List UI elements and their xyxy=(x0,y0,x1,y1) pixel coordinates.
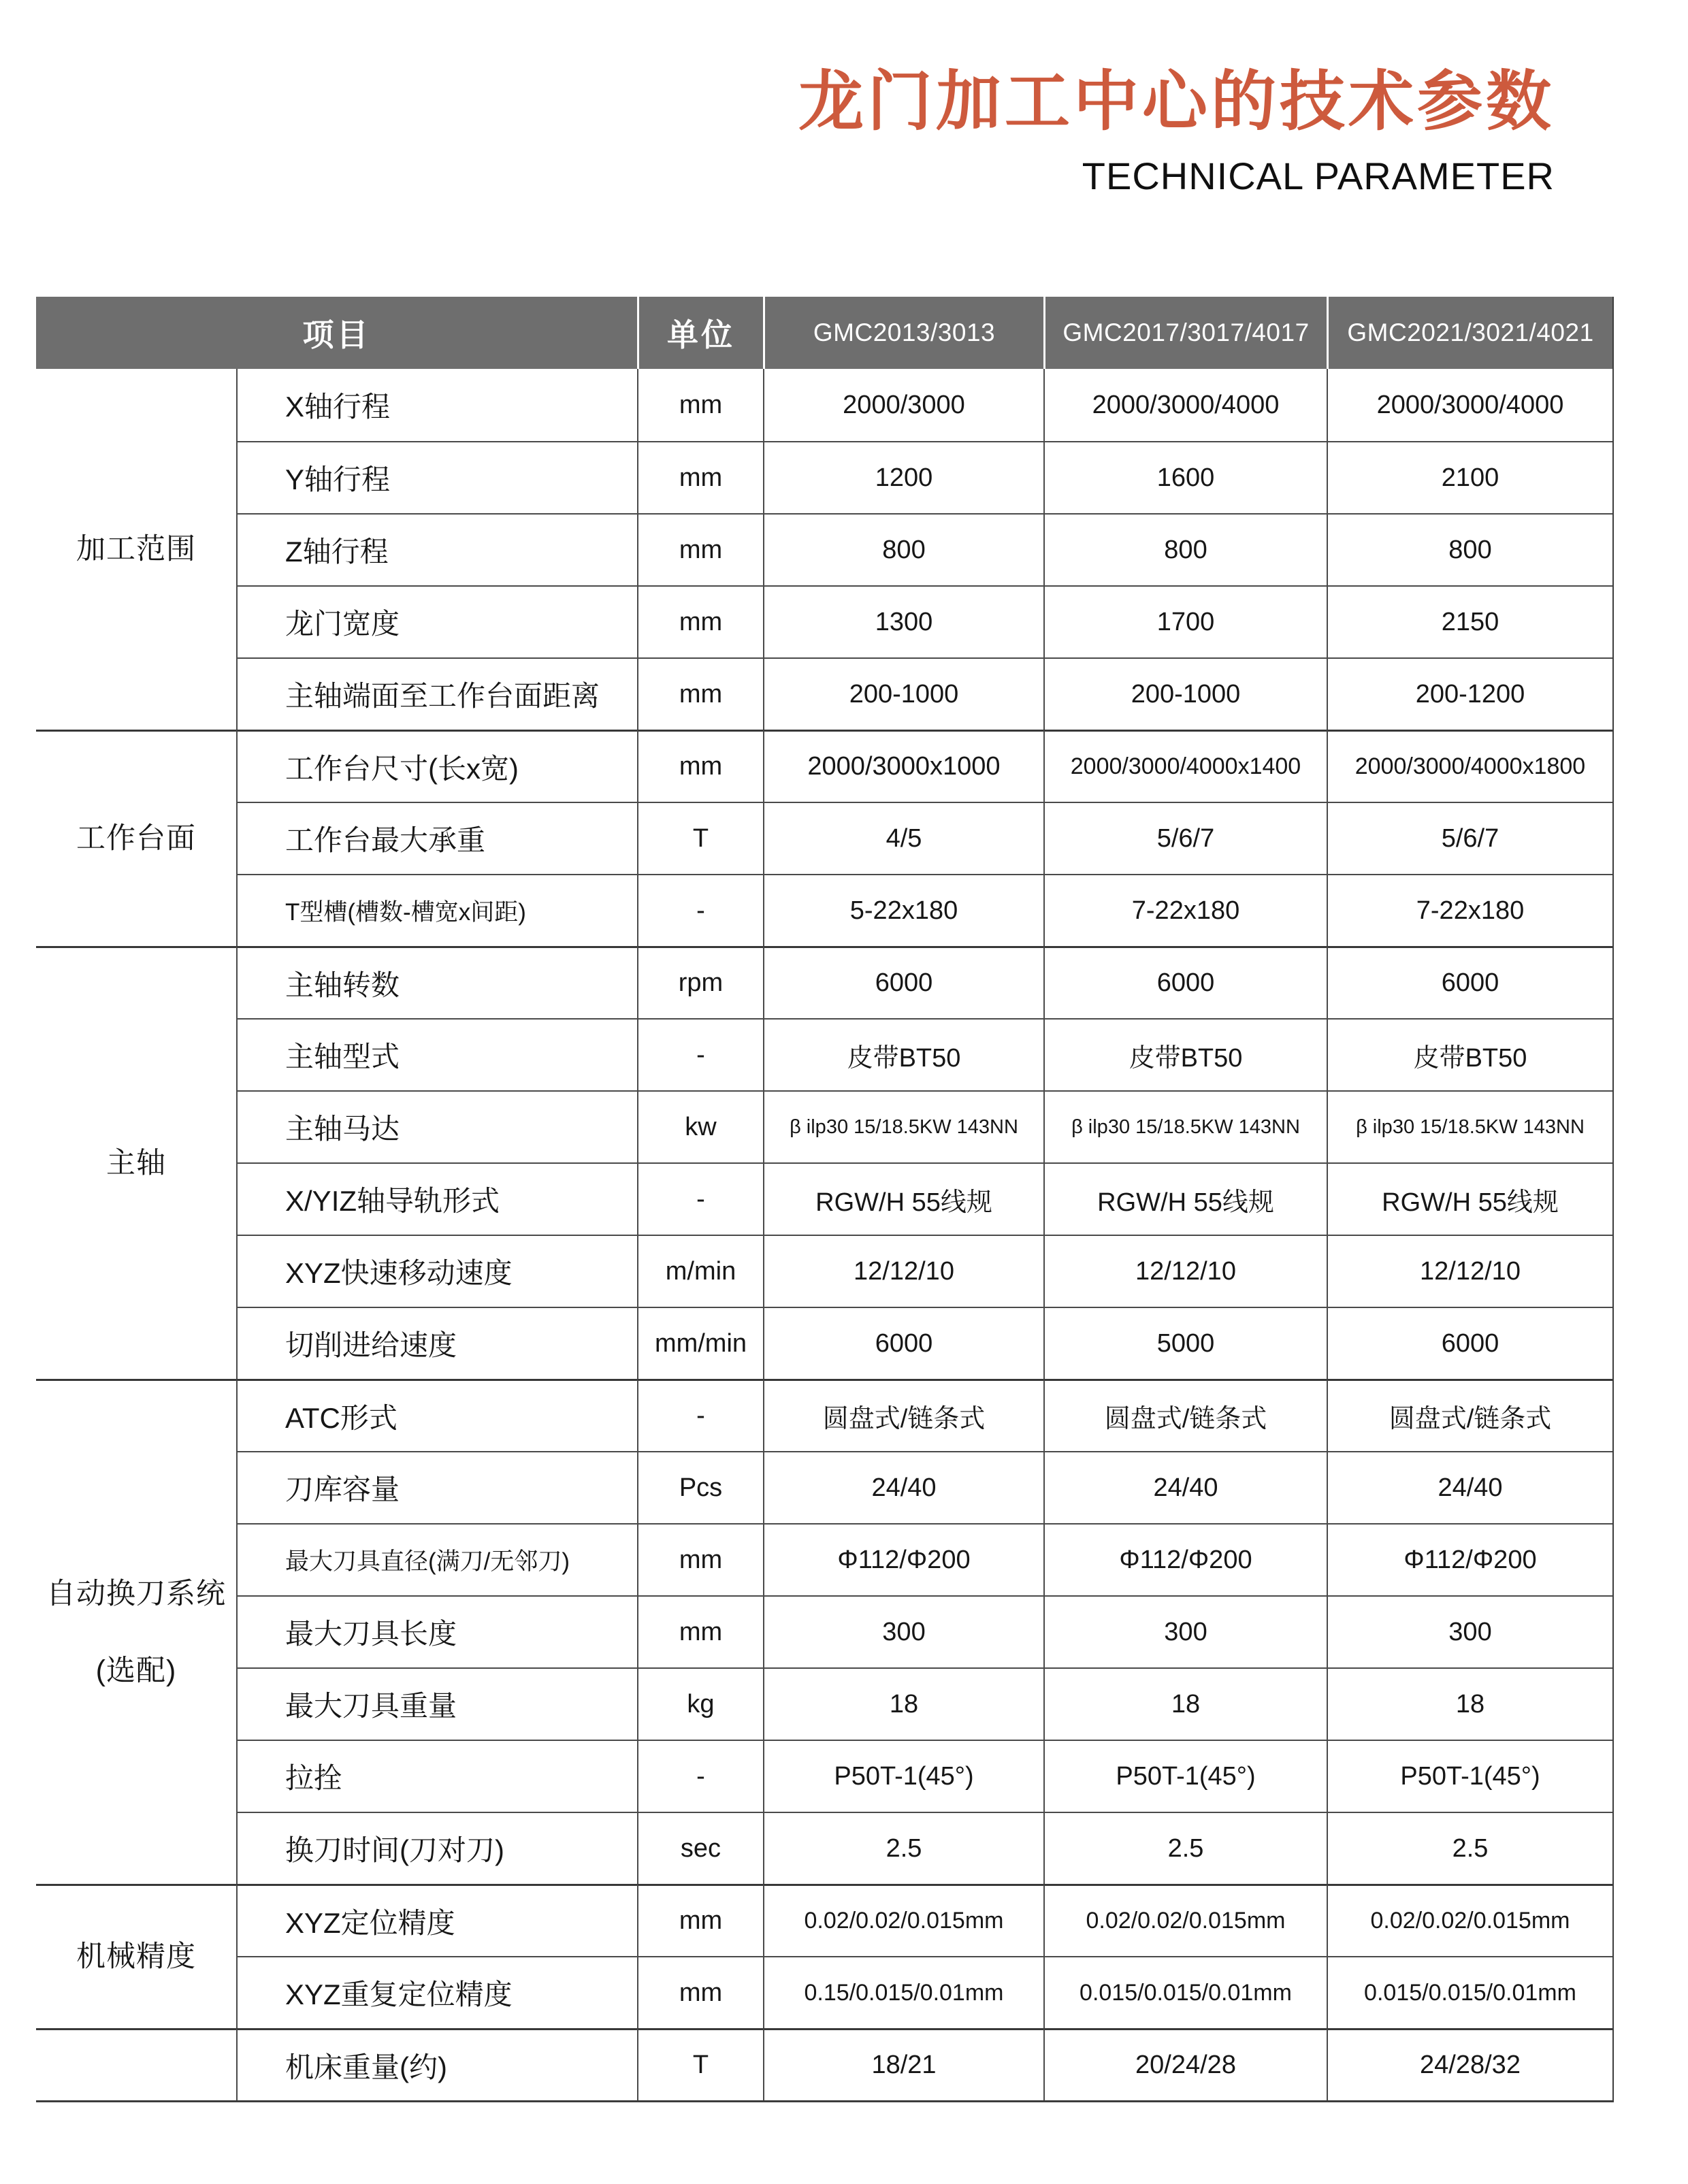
value-cell: 2100 xyxy=(1327,441,1612,513)
row-label: X轴行程 xyxy=(236,369,637,441)
value-cell: 200-1200 xyxy=(1327,657,1612,730)
row-label: ATC形式 xyxy=(236,1379,637,1451)
spec-table: 项目单位GMC2013/3013GMC2017/3017/4017GMC2021… xyxy=(36,297,1614,2102)
row-label: 主轴马达 xyxy=(236,1090,637,1162)
unit-cell: mm xyxy=(637,1595,763,1667)
unit-cell: mm xyxy=(637,369,763,441)
value-cell: 12/12/10 xyxy=(1043,1235,1327,1307)
value-cell: 6000 xyxy=(1327,1307,1612,1379)
section-label: 机械精度 xyxy=(36,1884,236,2028)
value-cell: 0.015/0.015/0.01mm xyxy=(1043,1956,1327,2028)
value-cell: 皮带BT50 xyxy=(763,1018,1043,1090)
row-label: 主轴型式 xyxy=(236,1018,637,1090)
unit-cell: Pcs xyxy=(637,1451,763,1523)
unit-cell: - xyxy=(637,1379,763,1451)
value-cell: 2000/3000/4000x1400 xyxy=(1043,730,1327,802)
value-cell: 2000/3000x1000 xyxy=(763,730,1043,802)
column-header-unit: 单位 xyxy=(637,297,763,369)
row-label: T型槽(槽数-槽宽x间距) xyxy=(236,874,637,946)
unit-cell: mm xyxy=(637,1884,763,1956)
unit-cell: mm xyxy=(637,1523,763,1595)
section-label: 自动换刀系统(选配) xyxy=(36,1379,236,1884)
unit-cell: rpm xyxy=(637,946,763,1018)
value-cell: 圆盘式/链条式 xyxy=(1327,1379,1612,1451)
spec-sheet-page: 龙门加工中心的技术参数 TECHNICAL PARAMETER 项目单位GMC2… xyxy=(0,0,1688,2184)
value-cell: P50T-1(45°) xyxy=(763,1740,1043,1812)
value-cell: 6000 xyxy=(1327,946,1612,1018)
row-label: 工作台最大承重 xyxy=(236,802,637,874)
value-cell: 24/40 xyxy=(763,1451,1043,1523)
value-cell: β ilp30 15/18.5KW 143NN xyxy=(763,1090,1043,1162)
value-cell: RGW/H 55线规 xyxy=(1327,1162,1612,1235)
value-cell: 皮带BT50 xyxy=(1043,1018,1327,1090)
value-cell: 1200 xyxy=(763,441,1043,513)
value-cell: P50T-1(45°) xyxy=(1327,1740,1612,1812)
unit-cell: mm xyxy=(637,730,763,802)
row-label: 最大刀具重量 xyxy=(236,1667,637,1740)
value-cell: 800 xyxy=(1043,513,1327,585)
value-cell: Φ112/Φ200 xyxy=(1327,1523,1612,1595)
value-cell: P50T-1(45°) xyxy=(1043,1740,1327,1812)
value-cell: RGW/H 55线规 xyxy=(763,1162,1043,1235)
value-cell: 18 xyxy=(763,1667,1043,1740)
unit-cell: kg xyxy=(637,1667,763,1740)
unit-cell: mm xyxy=(637,513,763,585)
value-cell: 5/6/7 xyxy=(1043,802,1327,874)
value-cell: 2.5 xyxy=(763,1812,1043,1884)
row-label: XYZ重复定位精度 xyxy=(236,1956,637,2028)
row-label: 工作台尺寸(长x宽) xyxy=(236,730,637,802)
value-cell: 皮带BT50 xyxy=(1327,1018,1612,1090)
value-cell: 1700 xyxy=(1043,585,1327,657)
value-cell: 12/12/10 xyxy=(763,1235,1043,1307)
value-cell: 2.5 xyxy=(1043,1812,1327,1884)
column-header-item: 项目 xyxy=(36,297,637,369)
unit-cell: - xyxy=(637,1162,763,1235)
value-cell: 200-1000 xyxy=(1043,657,1327,730)
title-block: 龙门加工中心的技术参数 TECHNICAL PARAMETER xyxy=(798,61,1555,197)
value-cell: 0.02/0.02/0.015mm xyxy=(763,1884,1043,1956)
value-cell: Φ112/Φ200 xyxy=(763,1523,1043,1595)
unit-cell: mm xyxy=(637,441,763,513)
row-label: 主轴端面至工作台面距离 xyxy=(236,657,637,730)
unit-cell: mm xyxy=(637,657,763,730)
value-cell: 300 xyxy=(1043,1595,1327,1667)
row-label: 龙门宽度 xyxy=(236,585,637,657)
value-cell: RGW/H 55线规 xyxy=(1043,1162,1327,1235)
value-cell: 0.15/0.015/0.01mm xyxy=(763,1956,1043,2028)
value-cell: 0.015/0.015/0.01mm xyxy=(1327,1956,1612,2028)
unit-cell: m/min xyxy=(637,1235,763,1307)
row-label: X/YIZ轴导轨形式 xyxy=(236,1162,637,1235)
section-label: 主轴 xyxy=(36,946,236,1379)
row-label: 最大刀具直径(满刀/无邻刀) xyxy=(236,1523,637,1595)
value-cell: 12/12/10 xyxy=(1327,1235,1612,1307)
value-cell: 6000 xyxy=(1043,946,1327,1018)
row-label: 主轴转数 xyxy=(236,946,637,1018)
row-label: 换刀时间(刀对刀) xyxy=(236,1812,637,1884)
value-cell: 5-22x180 xyxy=(763,874,1043,946)
row-label: Z轴行程 xyxy=(236,513,637,585)
value-cell: Φ112/Φ200 xyxy=(1043,1523,1327,1595)
value-cell: 300 xyxy=(763,1595,1043,1667)
unit-cell: mm xyxy=(637,1956,763,2028)
value-cell: 300 xyxy=(1327,1595,1612,1667)
page-title: 龙门加工中心的技术参数 xyxy=(798,61,1555,143)
row-label: XYZ定位精度 xyxy=(236,1884,637,1956)
unit-cell: mm xyxy=(637,585,763,657)
value-cell: 1600 xyxy=(1043,441,1327,513)
value-cell: 1300 xyxy=(763,585,1043,657)
value-cell: 24/28/32 xyxy=(1327,2028,1612,2100)
value-cell: 6000 xyxy=(763,946,1043,1018)
value-cell: 2000/3000/4000 xyxy=(1043,369,1327,441)
value-cell: 0.02/0.02/0.015mm xyxy=(1327,1884,1612,1956)
column-header-model-3: GMC2021/3021/4021 xyxy=(1327,297,1612,369)
value-cell: 6000 xyxy=(763,1307,1043,1379)
value-cell: 7-22x180 xyxy=(1043,874,1327,946)
value-cell: 800 xyxy=(1327,513,1612,585)
value-cell: 20/24/28 xyxy=(1043,2028,1327,2100)
value-cell: 2.5 xyxy=(1327,1812,1612,1884)
row-label: 拉拴 xyxy=(236,1740,637,1812)
value-cell: 4/5 xyxy=(763,802,1043,874)
section-label: 工作台面 xyxy=(36,730,236,946)
value-cell: 圆盘式/链条式 xyxy=(1043,1379,1327,1451)
unit-cell: - xyxy=(637,1018,763,1090)
unit-cell: T xyxy=(637,2028,763,2100)
value-cell: 18 xyxy=(1043,1667,1327,1740)
value-cell: 18/21 xyxy=(763,2028,1043,2100)
value-cell: β ilp30 15/18.5KW 143NN xyxy=(1043,1090,1327,1162)
unit-cell: - xyxy=(637,1740,763,1812)
row-label: 切削进给速度 xyxy=(236,1307,637,1379)
column-header-model-1: GMC2013/3013 xyxy=(763,297,1043,369)
row-label: 机床重量(约) xyxy=(236,2028,637,2100)
row-label: XYZ快速移动速度 xyxy=(236,1235,637,1307)
value-cell: 800 xyxy=(763,513,1043,585)
value-cell: 200-1000 xyxy=(763,657,1043,730)
section-label xyxy=(36,2028,236,2100)
value-cell: 7-22x180 xyxy=(1327,874,1612,946)
value-cell: 2150 xyxy=(1327,585,1612,657)
value-cell: 18 xyxy=(1327,1667,1612,1740)
value-cell: 5/6/7 xyxy=(1327,802,1612,874)
column-header-model-2: GMC2017/3017/4017 xyxy=(1043,297,1327,369)
value-cell: 5000 xyxy=(1043,1307,1327,1379)
value-cell: 2000/3000/4000x1800 xyxy=(1327,730,1612,802)
value-cell: 2000/3000 xyxy=(763,369,1043,441)
unit-cell: kw xyxy=(637,1090,763,1162)
value-cell: 24/40 xyxy=(1327,1451,1612,1523)
unit-cell: - xyxy=(637,874,763,946)
unit-cell: sec xyxy=(637,1812,763,1884)
value-cell: 0.02/0.02/0.015mm xyxy=(1043,1884,1327,1956)
value-cell: 圆盘式/链条式 xyxy=(763,1379,1043,1451)
unit-cell: T xyxy=(637,802,763,874)
row-label: 刀库容量 xyxy=(236,1451,637,1523)
row-label: 最大刀具长度 xyxy=(236,1595,637,1667)
value-cell: 2000/3000/4000 xyxy=(1327,369,1612,441)
unit-cell: mm/min xyxy=(637,1307,763,1379)
section-label: 加工范围 xyxy=(36,369,236,730)
value-cell: β ilp30 15/18.5KW 143NN xyxy=(1327,1090,1612,1162)
row-label: Y轴行程 xyxy=(236,441,637,513)
page-subtitle: TECHNICAL PARAMETER xyxy=(798,155,1555,197)
value-cell: 24/40 xyxy=(1043,1451,1327,1523)
